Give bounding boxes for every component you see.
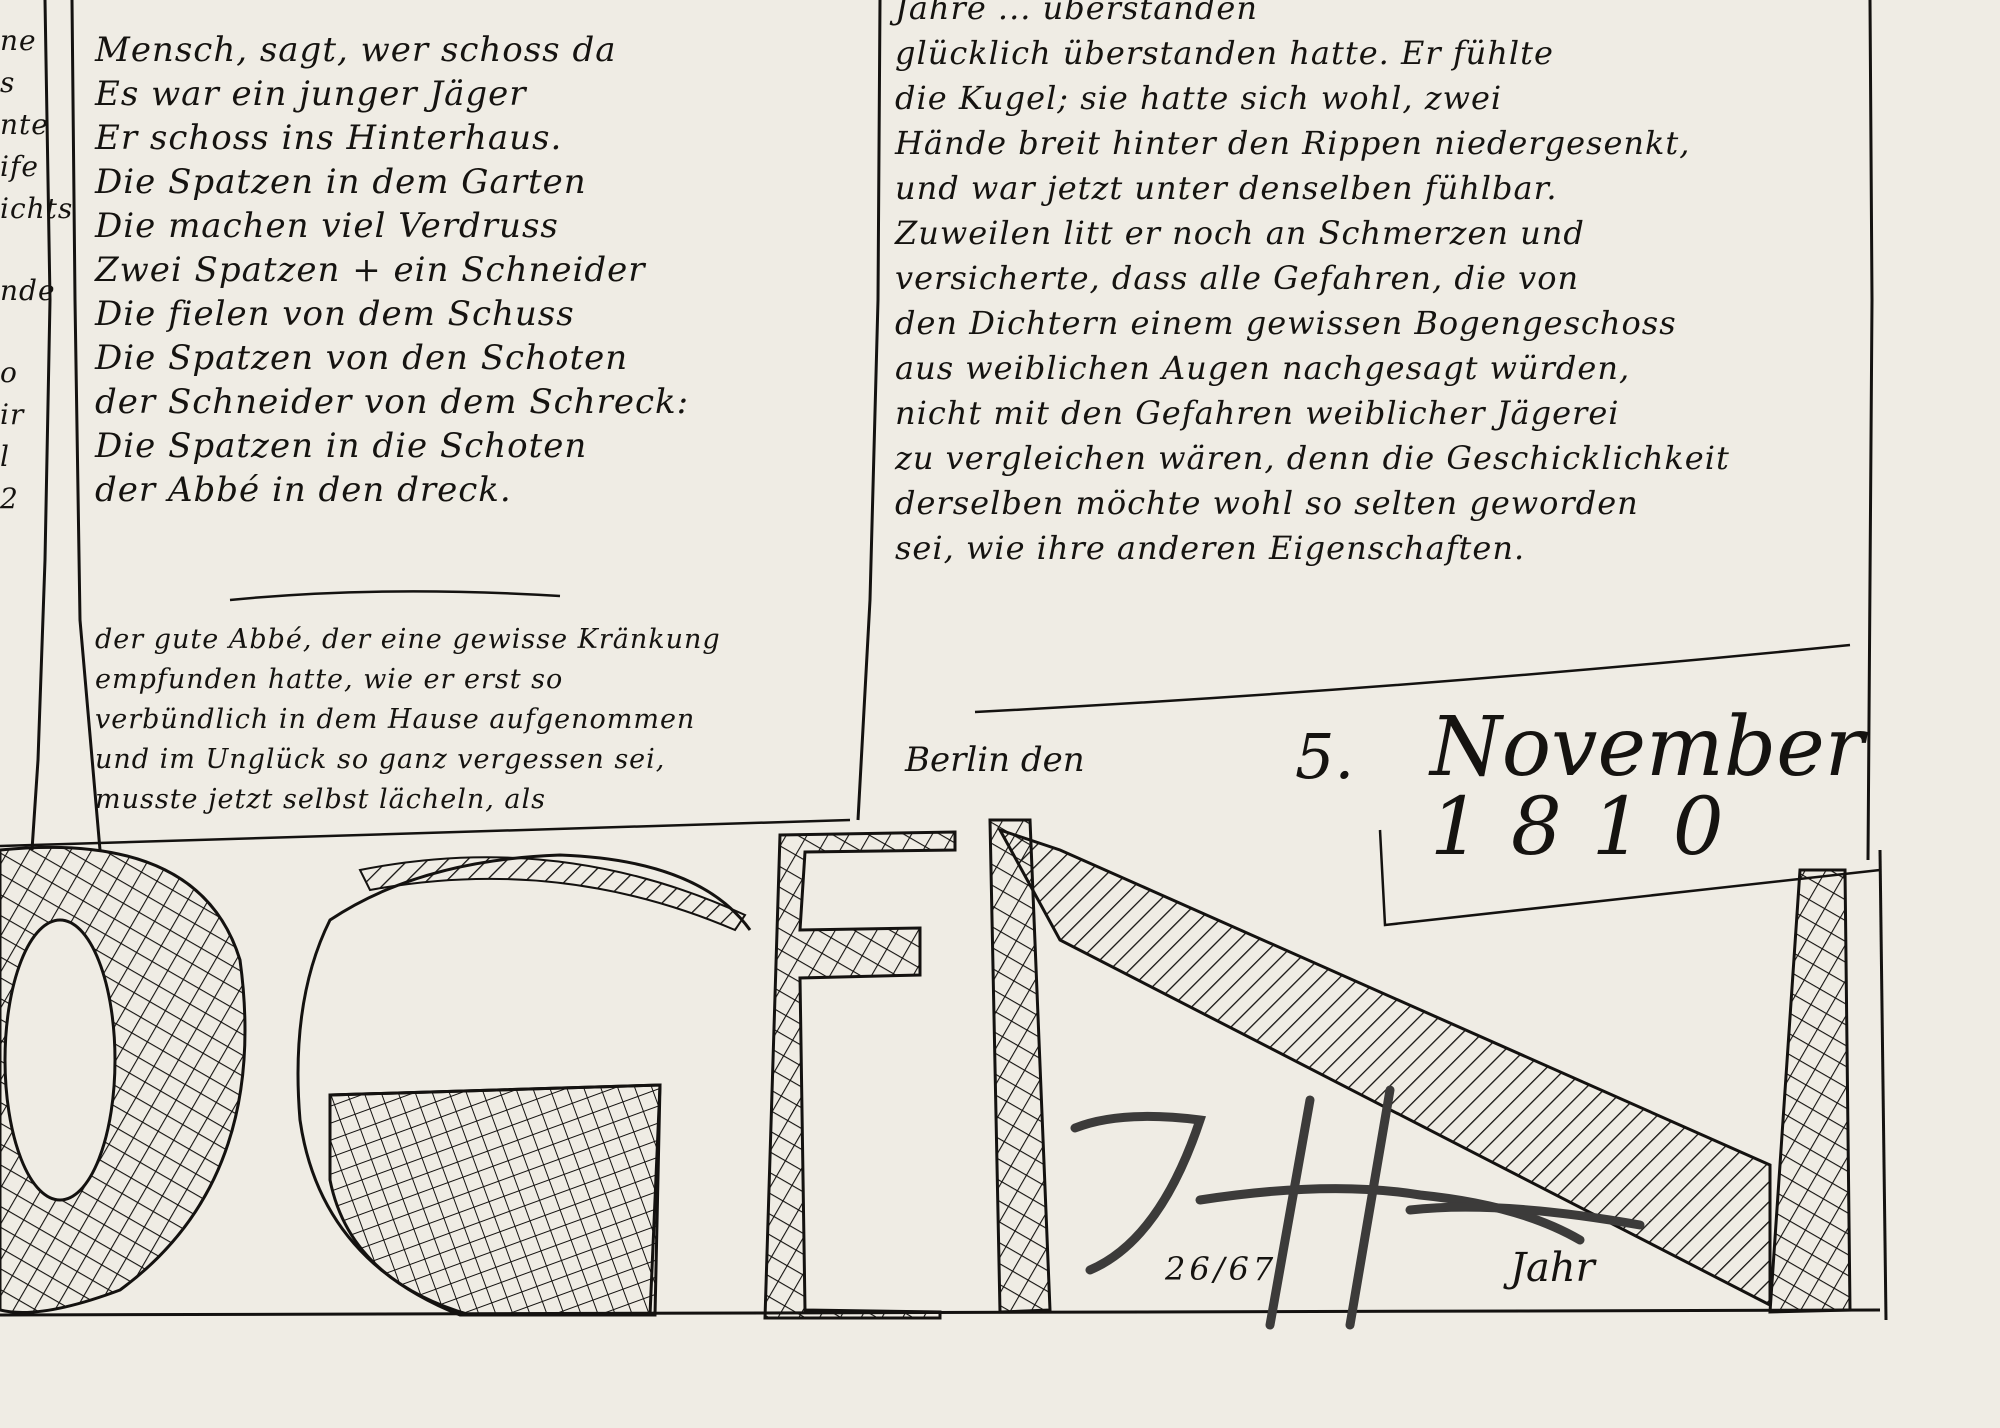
text-line: der Abbé in den dreck.: [95, 468, 689, 512]
text-line: Die machen viel Verdruss: [95, 204, 689, 248]
dateline-day: 5.: [1295, 720, 1354, 793]
text-line: die Kugel; sie hatte sich wohl, zwei: [895, 76, 1730, 121]
text-line: Er schoss ins Hinterhaus.: [95, 116, 689, 160]
margin-fragment: o: [0, 352, 73, 394]
text-line: versicherte, dass alle Gefahren, die von: [895, 256, 1730, 301]
right-column-text: Jahre ... überstanden glücklich überstan…: [895, 0, 1730, 571]
margin-fragment: ir: [0, 394, 73, 436]
text-line: empfunden hatte, wie er erst so: [95, 660, 721, 700]
margin-fragment: ichts: [0, 188, 73, 230]
margin-fragment: ne: [0, 20, 73, 62]
text-line: Mensch, sagt, wer schoss da: [95, 28, 689, 72]
dateline-year: 1810: [1430, 780, 1754, 873]
text-line: aus weiblichen Augen nachgesagt würden,: [895, 346, 1730, 391]
text-line: zu vergleichen wären, denn die Geschickl…: [895, 436, 1730, 481]
text-line: musste jetzt selbst lächeln, als: [95, 780, 721, 820]
letter-o: [0, 847, 245, 1312]
text-line: glücklich überstanden hatte. Er fühlte: [895, 31, 1730, 76]
artist-signature-small: Jahr: [1510, 1245, 1595, 1291]
text-line: derselben möchte wohl so selten geworden: [895, 481, 1730, 526]
text-line: Jahre ... überstanden: [895, 0, 1730, 31]
margin-fragment: 2: [0, 478, 73, 520]
text-line: verbündlich in dem Hause aufgenommen: [95, 700, 721, 740]
text-line: sei, wie ihre anderen Eigenschaften.: [895, 526, 1730, 571]
dateline-place: Berlin den: [905, 740, 1085, 780]
text-line: Die Spatzen von den Schoten: [95, 336, 689, 380]
margin-fragment: nde: [0, 270, 73, 312]
letter-e: [765, 832, 955, 1318]
text-line: Die fielen von dem Schuss: [95, 292, 689, 336]
text-line: Hände breit hinter den Rippen niedergese…: [895, 121, 1730, 166]
letter-n: [990, 820, 1850, 1312]
margin-fragment: ife: [0, 146, 73, 188]
text-line: und war jetzt unter denselben fühlbar.: [895, 166, 1730, 211]
margin-fragment: nte: [0, 104, 73, 146]
left-column-paragraph-2: der gute Abbé, der eine gewisse Kränkung…: [95, 620, 721, 820]
text-line: Zwei Spatzen + ein Schneider: [95, 248, 689, 292]
text-line: den Dichtern einem gewissen Bogengeschos…: [895, 301, 1730, 346]
edition-number: 26/67: [1165, 1250, 1277, 1288]
text-line: der gute Abbé, der eine gewisse Kränkung: [95, 620, 721, 660]
text-line: nicht mit den Gefahren weiblicher Jägere…: [895, 391, 1730, 436]
text-line: Die Spatzen in die Schoten: [95, 424, 689, 468]
text-line: und im Unglück so ganz vergessen sei,: [95, 740, 721, 780]
left-column-text: Mensch, sagt, wer schoss da Es war ein j…: [95, 28, 689, 512]
left-margin-fragments: ne s nte ife ichts nde o ir l 2: [0, 20, 73, 520]
letter-g: [298, 855, 750, 1315]
text-line: der Schneider von dem Schreck:: [95, 380, 689, 424]
lithograph-sheet: ne s nte ife ichts nde o ir l 2 Mensch, …: [0, 0, 2000, 1428]
margin-fragment: s: [0, 62, 73, 104]
text-line: Zuweilen litt er noch an Schmerzen und: [895, 211, 1730, 256]
margin-fragment: l: [0, 436, 73, 478]
text-line: Es war ein junger Jäger: [95, 72, 689, 116]
text-line: Die Spatzen in dem Garten: [95, 160, 689, 204]
